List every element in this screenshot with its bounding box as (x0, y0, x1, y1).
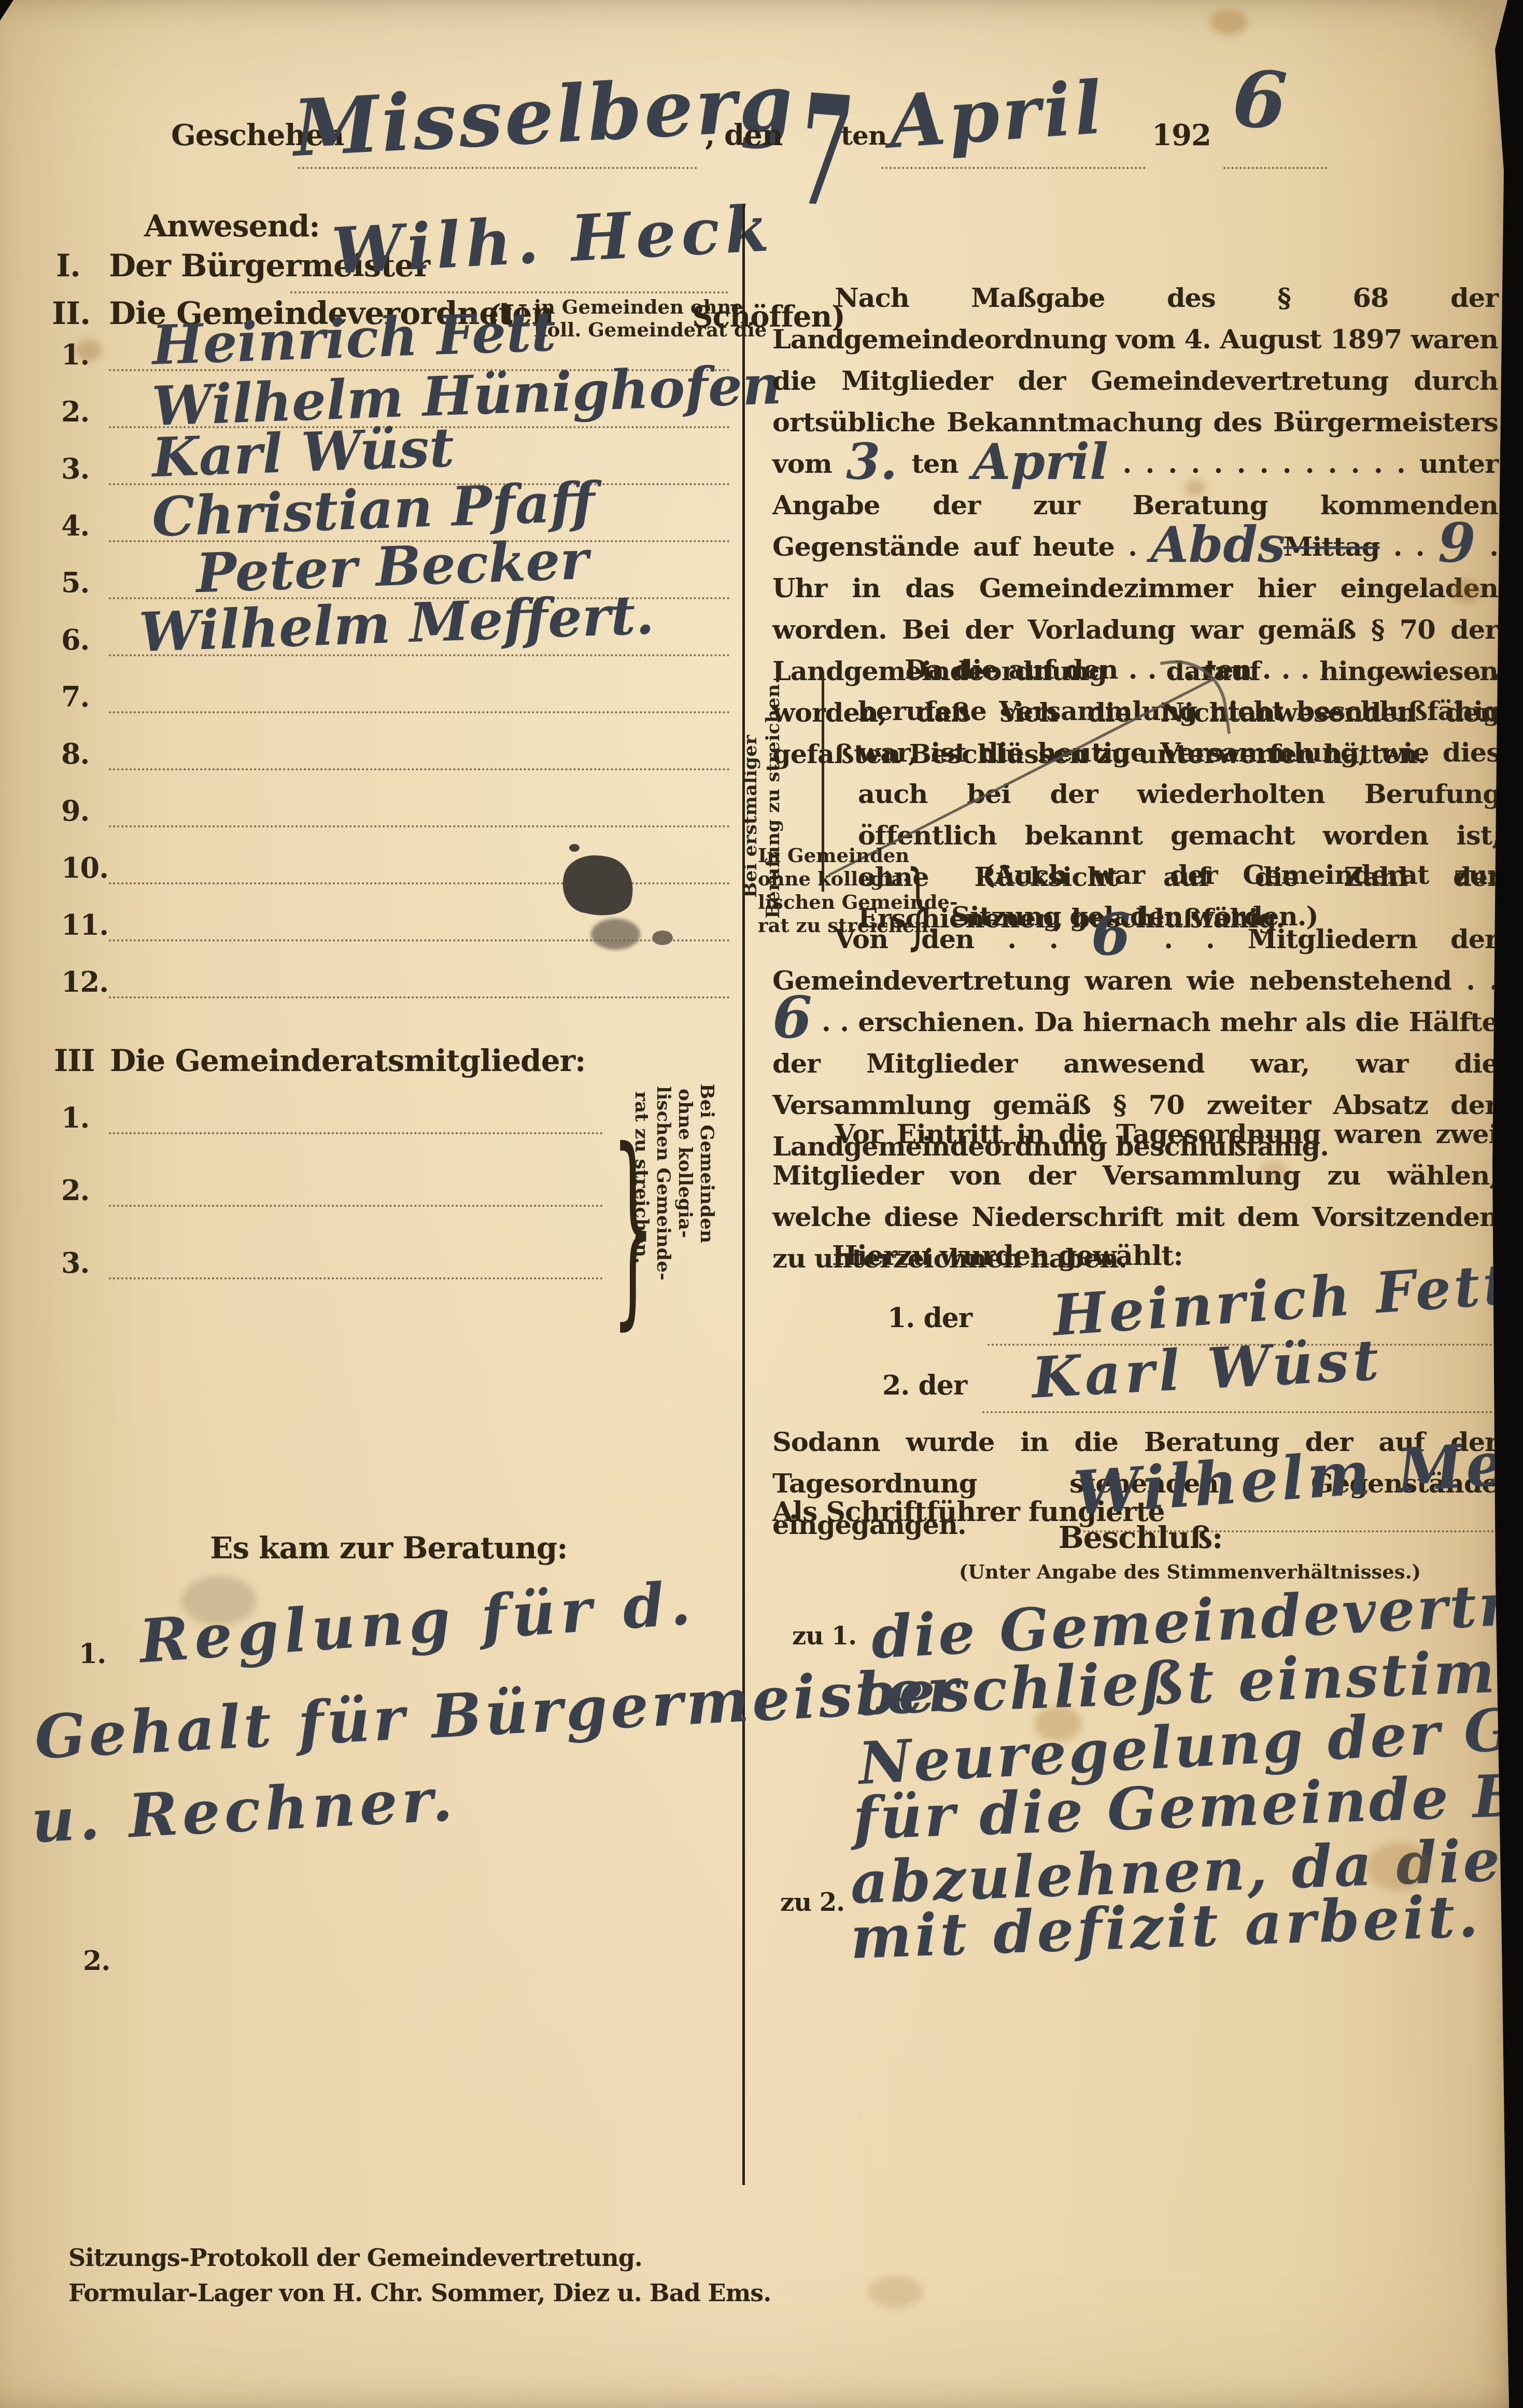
p4-text-a: Von den . . (835, 924, 1058, 955)
deliberation-heading: Es kam zur Beratung: (181, 1530, 596, 1566)
dotted-line (109, 763, 730, 770)
resolution-heading: Beschluß: (959, 1520, 1322, 1555)
member-number: 8. (61, 737, 106, 770)
resolution-zu1-label: zu 1. (792, 1622, 856, 1651)
p1-day-handwritten: 3. (846, 433, 897, 491)
member-number: 6. (61, 623, 106, 656)
dotted-line (109, 706, 730, 713)
anwesend-heading: Anwesend: (144, 208, 320, 244)
p3-note-line: lischen Gemeinde- (758, 891, 903, 914)
p4-count-handwritten: 6 (772, 984, 812, 1051)
header-month-handwritten: April (886, 65, 1108, 165)
dotted-line (109, 991, 730, 998)
p1-ten: ten (911, 448, 958, 480)
stain (1210, 9, 1248, 35)
resolution-zu2-label: zu 2. (780, 1888, 844, 1917)
council-note-line: lischen Gemeinde- (653, 1086, 674, 1280)
member-number: 11. (61, 908, 106, 941)
member-row: 9. (61, 794, 730, 827)
stain (75, 340, 102, 361)
dotted-line (109, 877, 730, 884)
p1-dots: . . (1393, 531, 1425, 562)
member-number: 2. (61, 395, 106, 428)
dotted-line (109, 1127, 603, 1134)
elected-dotted-line (982, 1411, 1501, 1413)
p3-note-line: ohne kollegia- (758, 867, 903, 891)
mayor-name-handwritten: Wilh. Heck (330, 191, 775, 288)
paper-sheet: Geschehen Misselberg , den 7 ten April 1… (0, 0, 1523, 2408)
council-number: 3. (61, 1246, 106, 1279)
dotted-line (109, 1200, 603, 1207)
member-row: 8. (61, 737, 730, 770)
p1-dots: . (1489, 531, 1498, 562)
council-note-line: ohne kollegia- (674, 1089, 696, 1238)
dotted-line (109, 1272, 603, 1279)
resolution-subtitle: (Unter Angabe des Stimmenverhältnisses.) (959, 1560, 1322, 1583)
council-row: 1. (61, 1101, 603, 1134)
deliberation-item2-number: 2. (83, 1945, 110, 1977)
verordnete-roman: II. (52, 295, 90, 332)
ink-dot (569, 844, 580, 852)
p1-mittag-struck: Mittag (1284, 531, 1380, 562)
dotted-line (109, 820, 730, 827)
member-number: 7. (61, 680, 106, 713)
council-number: 2. (61, 1174, 106, 1207)
header-dotted-line-3 (1223, 167, 1327, 169)
mayor-dotted-line (290, 291, 728, 293)
p1-dots: . . . . . . . . . . . . . (1122, 448, 1405, 480)
header-year-digit-handwritten: 6 (1230, 53, 1289, 147)
p3-note-line: In Gemeinden (758, 844, 903, 867)
header-ten: ten (841, 120, 886, 151)
council-label: Die Gemeinderatsmitglieder: (110, 1043, 586, 1078)
stain (181, 1576, 257, 1625)
stain (868, 2276, 923, 2308)
ink-speck (652, 931, 673, 945)
elected-heading: Hierzu wurden gewählt: (832, 1240, 1183, 1272)
p1-abds-handwritten: Abds (1150, 516, 1285, 574)
stain (1260, 1160, 1288, 1181)
member-number: 9. (61, 794, 106, 827)
stain (1184, 480, 1206, 496)
member-number: 12. (61, 965, 106, 998)
column-divider-rule (742, 205, 745, 2185)
member-number: 3. (61, 452, 106, 485)
member-row: 12. (61, 965, 730, 998)
deliberation-item1-line: u. Rechner. (30, 1765, 458, 1857)
council-note-line: Bei Gemeinden (696, 1083, 718, 1243)
member-number: 10. (61, 851, 106, 884)
p1-month-handwritten: April (972, 433, 1108, 491)
member-row: 6. Wilhelm Meffert. (61, 623, 730, 656)
stain (1366, 1843, 1431, 1891)
council-row: 2. (61, 1174, 603, 1207)
council-roman: III (54, 1043, 94, 1078)
header-dotted-line-2 (881, 167, 1146, 169)
mayor-roman: I. (56, 248, 80, 284)
p4-count-handwritten: 6 (1091, 901, 1131, 968)
footer-printer: Formular-Lager von H. Chr. Sommer, Diez … (68, 2279, 771, 2307)
stain (1450, 580, 1483, 603)
elected-label: 1. der (887, 1302, 972, 1334)
header-place-handwritten: Misselberg (291, 57, 797, 174)
member-number: 4. (61, 509, 106, 542)
header-day-handwritten: 7 (798, 61, 851, 243)
p1-hour-handwritten: 9 (1438, 511, 1476, 575)
deliberation-item1-number: 1. (79, 1638, 106, 1670)
page-corner-fold (1436, 0, 1514, 83)
footer-title: Sitzungs-Protokoll der Gemeindevertretun… (68, 2244, 642, 2272)
header-year-printed: 192 (1152, 118, 1211, 152)
council-note-line: rat zu streichen. (631, 1091, 653, 1264)
member-number: 5. (61, 566, 106, 599)
elected-label: 2. der (882, 1370, 967, 1401)
header-den: , den (705, 118, 783, 152)
stain (1034, 1706, 1082, 1742)
council-row: 3. (61, 1246, 603, 1279)
member-row: 7. (61, 680, 730, 713)
ink-smudge (591, 919, 640, 950)
council-number: 1. (61, 1101, 106, 1134)
scanned-protocol-page: Geschehen Misselberg , den 7 ten April 1… (0, 0, 1523, 2408)
